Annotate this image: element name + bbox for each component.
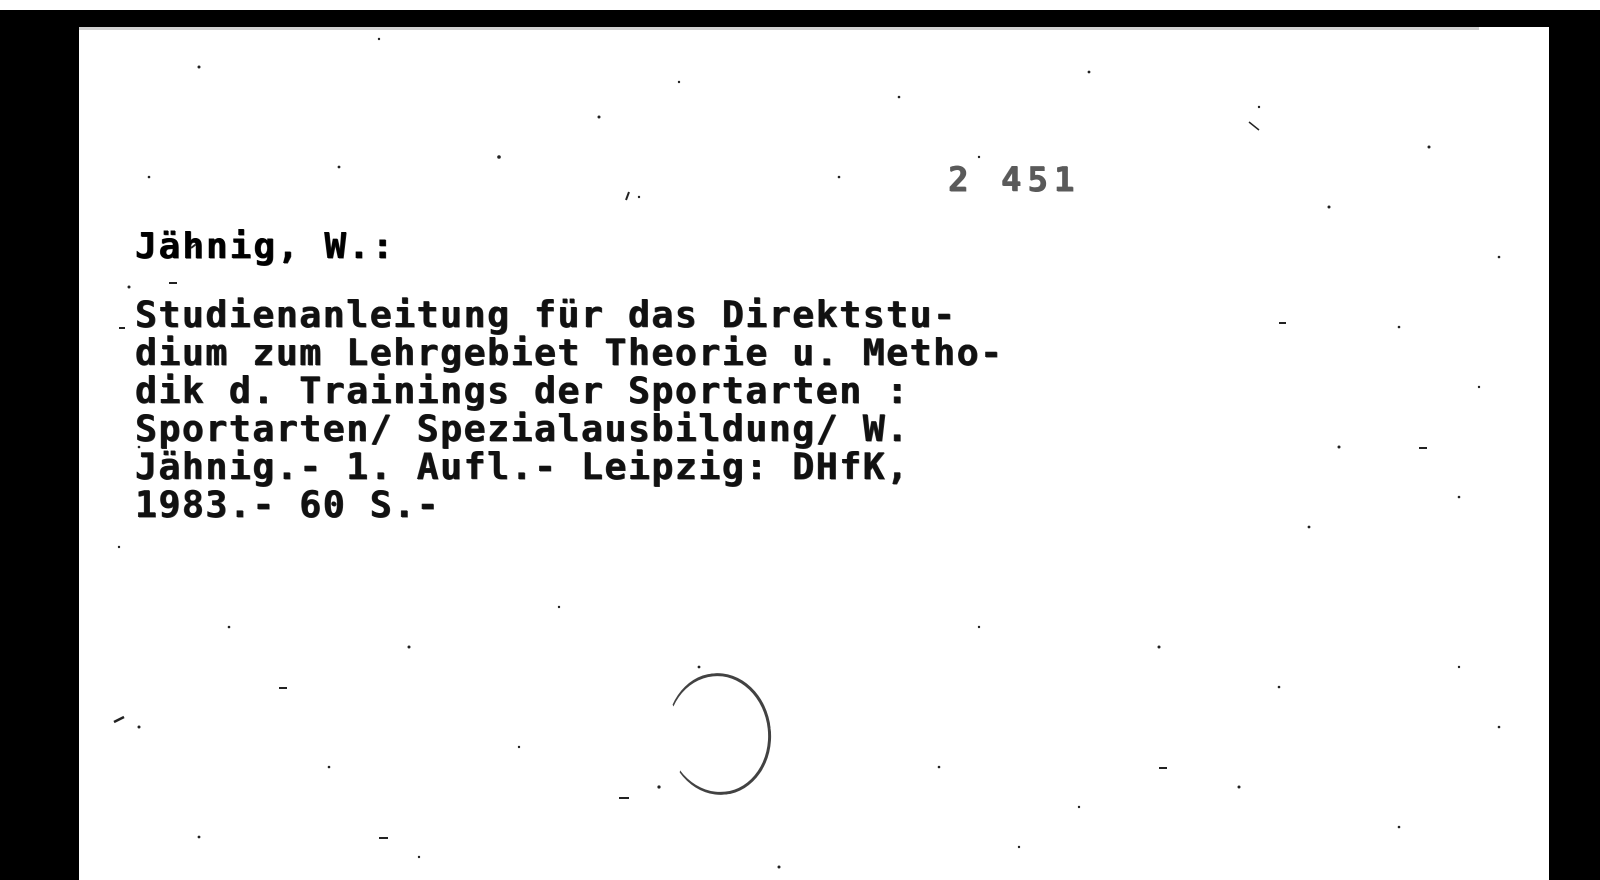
- entry-line: dik d. Trainings der Sportarten :: [135, 372, 1004, 410]
- entry-line: dium zum Lehrgebiet Theorie u. Metho-: [135, 334, 1004, 372]
- entry-line: Studienanleitung für das Direktstu-: [135, 296, 1004, 334]
- entry-line: 1983.- 60 S.-: [135, 486, 1004, 524]
- bibliographic-entry: Studienanleitung für das Direktstu- dium…: [135, 296, 1004, 524]
- scan-top-margin: [0, 0, 1600, 10]
- entry-line: Sportarten/ Spezialausbildung/ W.: [135, 410, 1004, 448]
- entry-line: Jähnig.- 1. Aufl.- Leipzig: DHfK,: [135, 448, 1004, 486]
- call-number: 2 451: [948, 160, 1080, 200]
- author-heading: Jähnig, W.:: [135, 226, 395, 267]
- scanned-document: 2 451 Jähnig, W.: Studienanleitung für d…: [0, 0, 1600, 880]
